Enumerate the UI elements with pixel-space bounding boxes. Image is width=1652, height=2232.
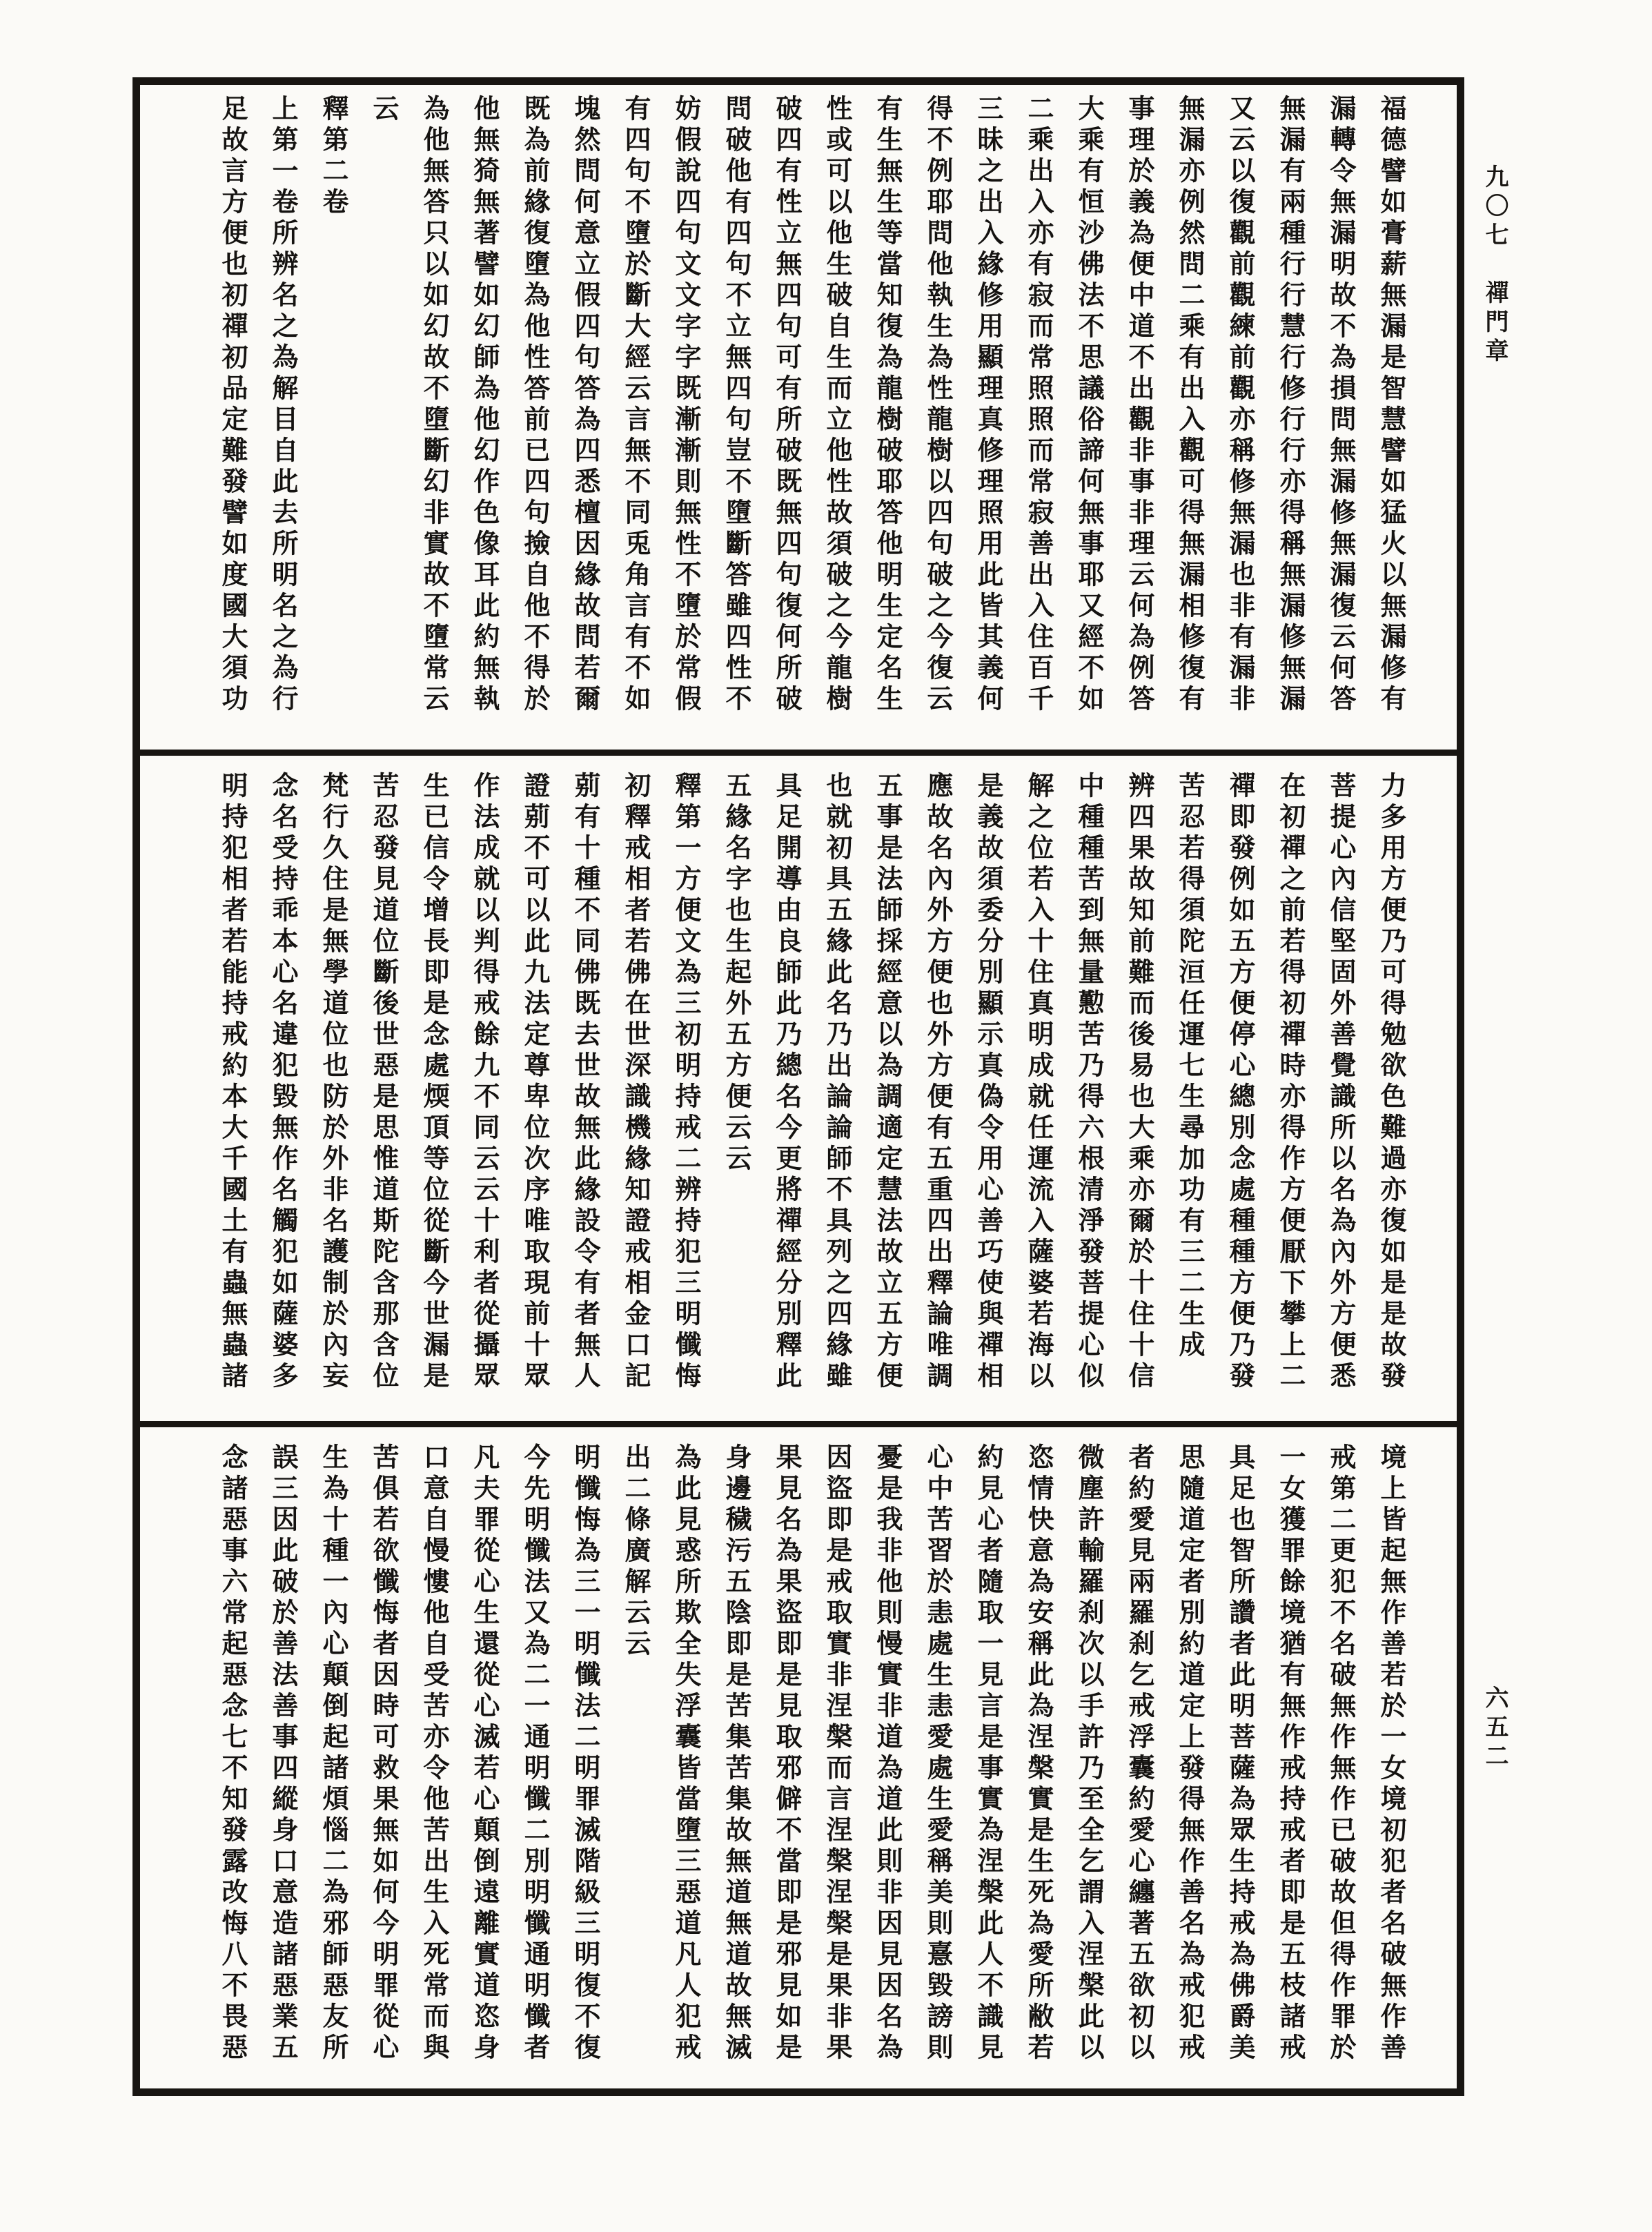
text-column: 微塵許輸羅刹次以手許乃至全乞謂入涅槃此以 — [1064, 1443, 1114, 2079]
text-column: 明持犯相者若能持戒約本大千國土有蟲無蟲諸 — [208, 772, 258, 1411]
text-column: 事理於義為便中道不出觀非事非理云何為例答 — [1114, 95, 1165, 740]
text-column: 苦忍若得須陀洹任運七生尋加功有三二生成 — [1165, 772, 1215, 1411]
text-column: 力多用方便乃可得勉欲色難過亦復如是是故發 — [1366, 772, 1417, 1411]
text-column: 又云以復觀前觀練前觀亦稱修無漏也非有漏非 — [1215, 95, 1266, 740]
text-column: 生已信令增長即是念處煗頂等位從斷今世漏是 — [409, 772, 460, 1411]
text-column: 五事是法師採經意以為調適定慧法故立五方便 — [863, 772, 913, 1411]
text-column: 戒第二更犯不名破無作無作已破故但得作罪於 — [1316, 1443, 1366, 2079]
text-column: 有生無生等當知復為龍樹破耶答他明生定名生 — [863, 95, 913, 740]
text-column: 果見名為果盜即是見取邪僻不當即是邪見如是 — [762, 1443, 812, 2079]
text-column: 上第一卷所辨名之為解目自此去所明名之為行 — [258, 95, 308, 740]
text-column: 凡夫罪從心生還從心滅若心顛倒遠離實道恣身 — [460, 1443, 510, 2079]
text-column: 云 — [359, 95, 409, 740]
text-column: 中種種苦到無量懃苦乃得六根清淨發菩提心似 — [1064, 772, 1114, 1411]
text-column: 口意自慢慺他自受苦亦令他苦出生入死常而與 — [409, 1443, 460, 2079]
text-column: 無漏有兩種行行慧行修行行亦得稱無漏修無漏 — [1266, 95, 1316, 740]
text-column: 五緣名字也生起外五方便云云 — [711, 772, 762, 1411]
text-column: 明懺悔為三一明懺法二明罪滅階級三明復不復 — [560, 1443, 611, 2079]
text-column: 恣情快意為安稱此為涅槃實是生死為愛所敝若 — [1014, 1443, 1064, 2079]
text-column: 具足也智所讚者此明菩薩為眾生持戒為佛爵美 — [1215, 1443, 1266, 2079]
text-column: 為此見惑所欺全失浮囊皆當墮三惡道凡人犯戒 — [661, 1443, 711, 2079]
text-column: 在初禪之前若得初禪時亦得作方便厭下攀上二 — [1266, 772, 1316, 1411]
text-column: 有四句不墮於斷大經云言無不同兎角言有不如 — [611, 95, 661, 740]
text-column: 苦忍發見道位斷後世惡是思惟道斯陀含那含位 — [359, 772, 409, 1411]
text-column: 釋第二卷 — [308, 95, 359, 740]
text-column: 莂有十種不同佛既去世故無此緣設令有者無人 — [560, 772, 611, 1411]
text-column: 解之位若入十住真明成就任運流入薩婆若海以 — [1014, 772, 1064, 1411]
text-column: 禪即發例如五方便停心總別念處種種方便乃發 — [1215, 772, 1266, 1411]
text-band-middle: 力多用方便乃可得勉欲色難過亦復如是是故發菩提心內信堅固外善覺識所以名為內外方便悉… — [140, 762, 1457, 1427]
margin-folio-number: 六五二 — [1478, 1685, 1512, 1772]
text-column: 因盜即是戒取實非涅槃而言涅槃涅槃是果非果 — [812, 1443, 863, 2079]
text-column: 一女獲罪餘境猶有無作戒持戒者即是五枝諸戒 — [1266, 1443, 1316, 2079]
text-column: 苦俱若欲懺悔者因時可救果無如何今明罪從心 — [359, 1443, 409, 2079]
page-border-frame: 福德譬如膏薪無漏是智慧譬如猛火以無漏修有漏轉令無漏明故不為損問無漏修無漏復云何答… — [132, 77, 1464, 2096]
text-column: 出二條廣解云云 — [611, 1443, 661, 2079]
text-column: 得不例耶問他執生為性龍樹以四句破之今復云 — [913, 95, 963, 740]
margin-page-number-and-title: 九〇七禪門章 — [1478, 164, 1512, 367]
text-column: 思隨道定者別約道定上發得無作善名為戒犯戒 — [1165, 1443, 1215, 2079]
text-column: 妨假說四句文文字字既漸漸則無性不墮於常假 — [661, 95, 711, 740]
text-column: 者約愛見兩羅刹乞戒浮囊約愛心纏著五欲初以 — [1114, 1443, 1165, 2079]
text-column: 問破他有四句不立無四句豈不墮斷答雖四性不 — [711, 95, 762, 740]
text-column: 也就初具五緣此名乃出論論師不具列之四緣雖 — [812, 772, 863, 1411]
text-column: 生為十種一內心顛倒起諸煩惱二為邪師惡友所 — [308, 1443, 359, 2079]
text-column: 境上皆起無作善若於一女境初犯者名破無作善 — [1366, 1443, 1417, 2079]
text-column: 作法成就以判得戒餘九不同云云十利者從攝眾 — [460, 772, 510, 1411]
volume-title: 禪門章 — [1481, 280, 1508, 367]
text-column: 性或可以他生破自生而立他性故須破之今龍樹 — [812, 95, 863, 740]
text-column: 是義故須委分別顯示真偽令用心善巧使與禪相 — [963, 772, 1014, 1411]
text-column: 為他無答只以如幻故不墮斷幻非實故不墮常云 — [409, 95, 460, 740]
text-column: 證莂不可以此九法定尊卑位次序唯取現前十眾 — [510, 772, 560, 1411]
text-column: 辨四果故知前難而後易也大乘亦爾於十住十信 — [1114, 772, 1165, 1411]
text-band-top: 福德譬如膏薪無漏是智慧譬如猛火以無漏修有漏轉令無漏明故不為損問無漏修無漏復云何答… — [140, 85, 1457, 756]
text-column: 菩提心內信堅固外善覺識所以名為內外方便悉 — [1316, 772, 1366, 1411]
text-column: 大乘有恒沙佛法不思議俗諦何無事耶又經不如 — [1064, 95, 1114, 740]
text-column: 心中苦習於恚處生恚愛處生愛稱美則憙毀謗則 — [913, 1443, 963, 2079]
text-column: 梵行久住是無學道位也防於外非名護制於內妄 — [308, 772, 359, 1411]
text-column: 念諸惡事六常起惡念七不知發露改悔八不畏惡 — [208, 1443, 258, 2079]
text-column: 念名受持乖本心名違犯毀無作名觸犯如薩婆多 — [258, 772, 308, 1411]
text-column: 足故言方便也初禪初品定難發譬如度國大須功 — [208, 95, 258, 740]
text-column: 身邊穢污五陰即是苦集苦集故無道無道故無滅 — [711, 1443, 762, 2079]
text-column: 漏轉令無漏明故不為損問無漏修無漏復云何答 — [1316, 95, 1366, 740]
text-column: 二乘出入亦有寂而常照照而常寂善出入住百千 — [1014, 95, 1064, 740]
text-column: 既為前緣復墮為他性答前已四句撿自他不得於 — [510, 95, 560, 740]
text-column: 今先明懺法又為二一通明懺二別明懺通明懺者 — [510, 1443, 560, 2079]
text-column: 他無猗無著譬如幻師為他幻作色像耳此約無執 — [460, 95, 510, 740]
text-band-bottom: 境上皆起無作善若於一女境初犯者名破無作善戒第二更犯不名破無作無作已破故但得作罪於… — [140, 1433, 1457, 2088]
text-column: 破四有性立無四句可有所破既無四句復何所破 — [762, 95, 812, 740]
text-column: 具足開導由良師此乃總名今更將禪經分別釋此 — [762, 772, 812, 1411]
page-number: 九〇七 — [1481, 164, 1508, 251]
text-column: 三昧之出入緣修用顯理真修理照用此皆其義何 — [963, 95, 1014, 740]
text-column: 釋第一方便文為三初明持戒二辨持犯三明懺悔 — [661, 772, 711, 1411]
text-column: 誤三因此破於善法善事四縱身口意造諸惡業五 — [258, 1443, 308, 2079]
folio-number: 六五二 — [1481, 1685, 1508, 1772]
text-column: 塊然問何意立假四句答為四悉檀因緣故問若爾 — [560, 95, 611, 740]
text-column: 憂是我非他則慢實非道為道此則非因見因名為 — [863, 1443, 913, 2079]
text-column: 無漏亦例然問二乘有出入觀可得無漏相修復有 — [1165, 95, 1215, 740]
text-column: 福德譬如膏薪無漏是智慧譬如猛火以無漏修有 — [1366, 95, 1417, 740]
text-column: 應故名內外方便也外方便有五重四出釋論唯調 — [913, 772, 963, 1411]
text-column: 初釋戒相者若佛在世深識機緣知證戒相金口記 — [611, 772, 661, 1411]
text-column: 約見心者隨取一見言是事實為涅槃此人不識見 — [963, 1443, 1014, 2079]
